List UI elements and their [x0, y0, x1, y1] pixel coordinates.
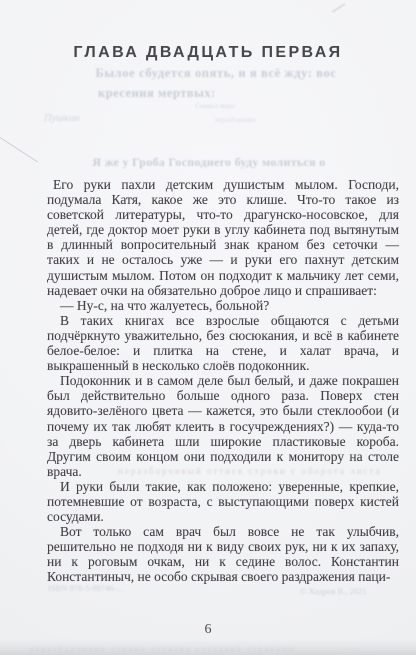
- paper-crease-mark: [0, 137, 38, 162]
- paragraph: И руки были такие, как положено: уверенн…: [47, 479, 399, 524]
- ghost-attribution-small-2: неразборчиво: [178, 116, 293, 124]
- body-text-block: Его руки пахли детским душистым мылом. Г…: [47, 177, 399, 585]
- paragraph: Подоконник и в самом деле был белый, и д…: [47, 373, 399, 479]
- ghost-epigraph-line-2: кресения мертвых:: [98, 86, 216, 101]
- page-number: 6: [0, 622, 416, 638]
- paragraph: В таких книгах все взрослые общаются с д…: [47, 313, 399, 373]
- paragraph-dialogue: — Ну-с, на что жалуетесь, больной?: [47, 298, 399, 313]
- ghost-attribution-small-1: Символ веры: [140, 102, 290, 110]
- chapter-title: ГЛАВА ДВАДЦАТЬ ПЕРВАЯ: [0, 44, 416, 62]
- ghost-bottom-smudge: неразборчивые строки оттиска соседней ст…: [30, 645, 296, 653]
- paragraph: Его руки пахли детским душистым мылом. Г…: [47, 177, 399, 298]
- ghost-quote-line: Я же у Гроба Господнего буду молиться о: [84, 155, 334, 170]
- paragraph: Вот только сам врач был вовсе не так улы…: [47, 524, 399, 584]
- ghost-epigraph-line-1: Былое сбудется опять, и я всё жду: вос: [70, 66, 362, 81]
- ghost-copyright-line: © Хадров В., 2021: [300, 586, 367, 596]
- paper-corner-mark: [332, 3, 346, 12]
- ghost-attribution-pushkin: Пушкин: [44, 113, 80, 124]
- scanned-book-page: Былое сбудется опять, и я всё жду: вос к…: [0, 0, 416, 655]
